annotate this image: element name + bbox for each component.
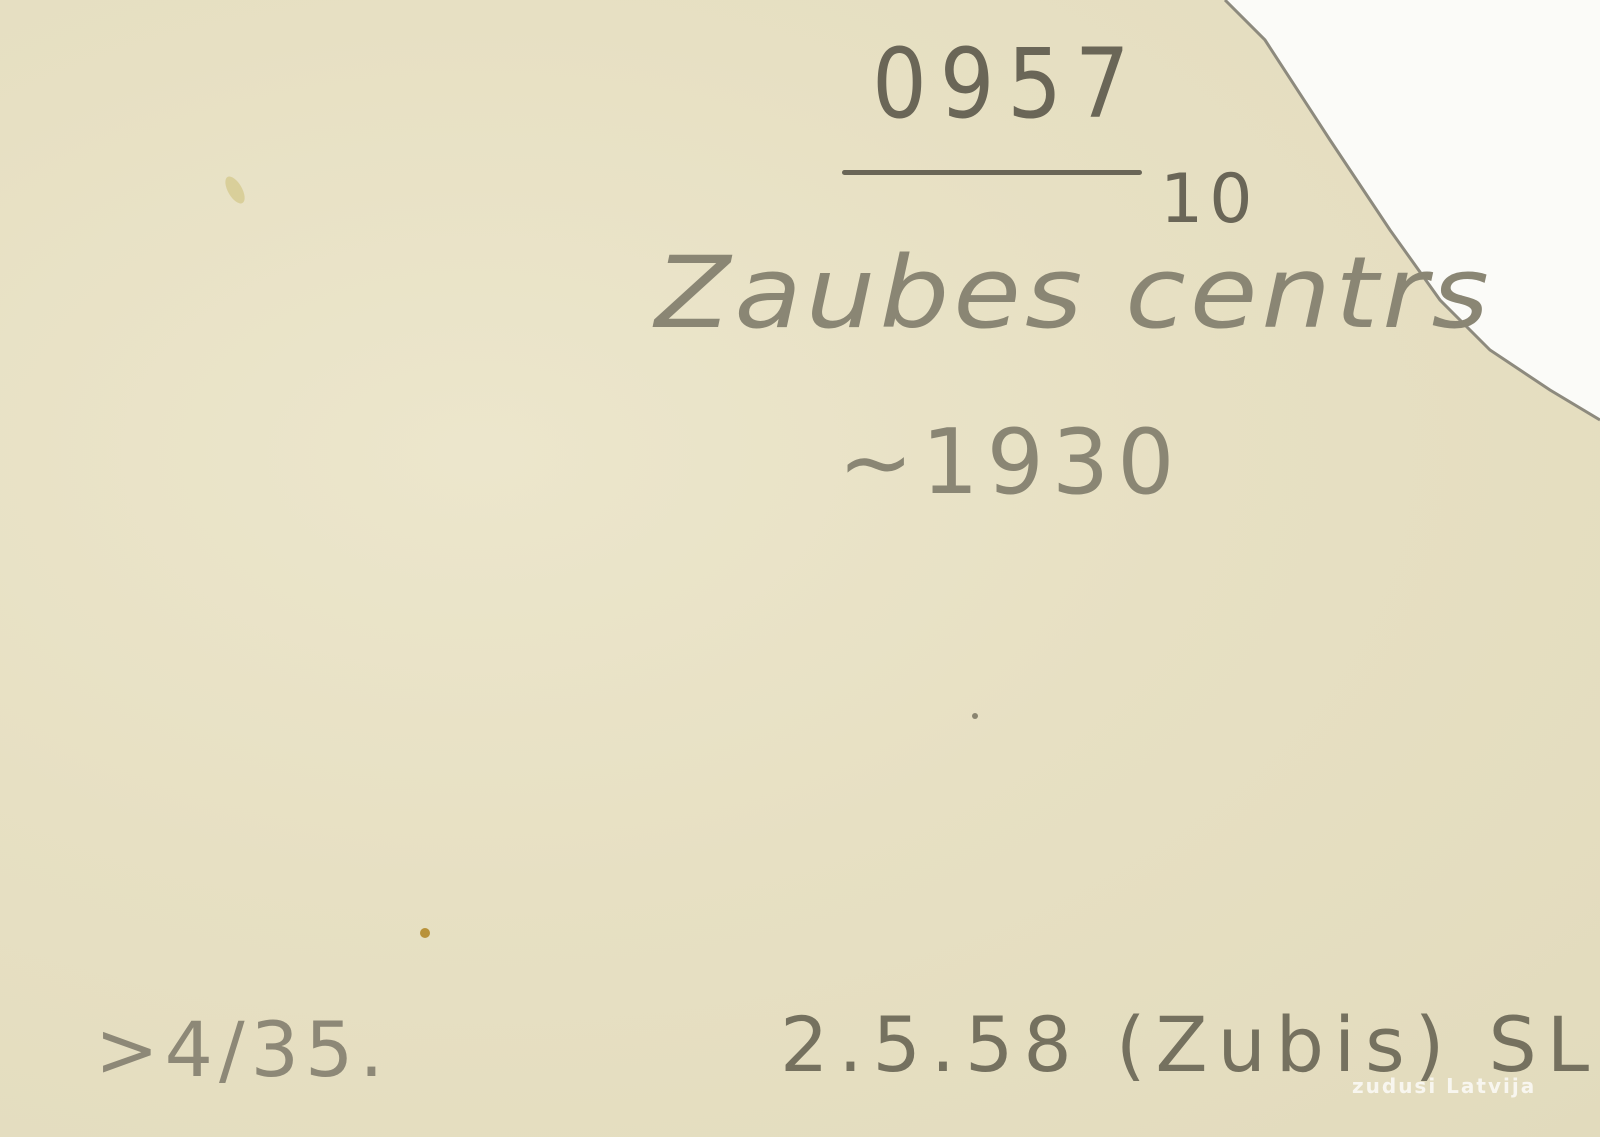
catalog-number: 0957 bbox=[872, 28, 1142, 140]
photo-back-paper bbox=[0, 0, 1600, 1137]
year-text: ~1930 bbox=[838, 410, 1182, 515]
catalog-subnumber: 10 bbox=[1160, 160, 1259, 239]
watermark: zudusi Latvija bbox=[1352, 1074, 1536, 1098]
caption-text: Zaubes centrs bbox=[655, 235, 1493, 350]
catalog-underline bbox=[842, 170, 1142, 175]
bottom-left-note: >4/35. bbox=[95, 1005, 390, 1094]
stain-spot bbox=[420, 928, 430, 938]
stain-spot bbox=[972, 713, 978, 719]
